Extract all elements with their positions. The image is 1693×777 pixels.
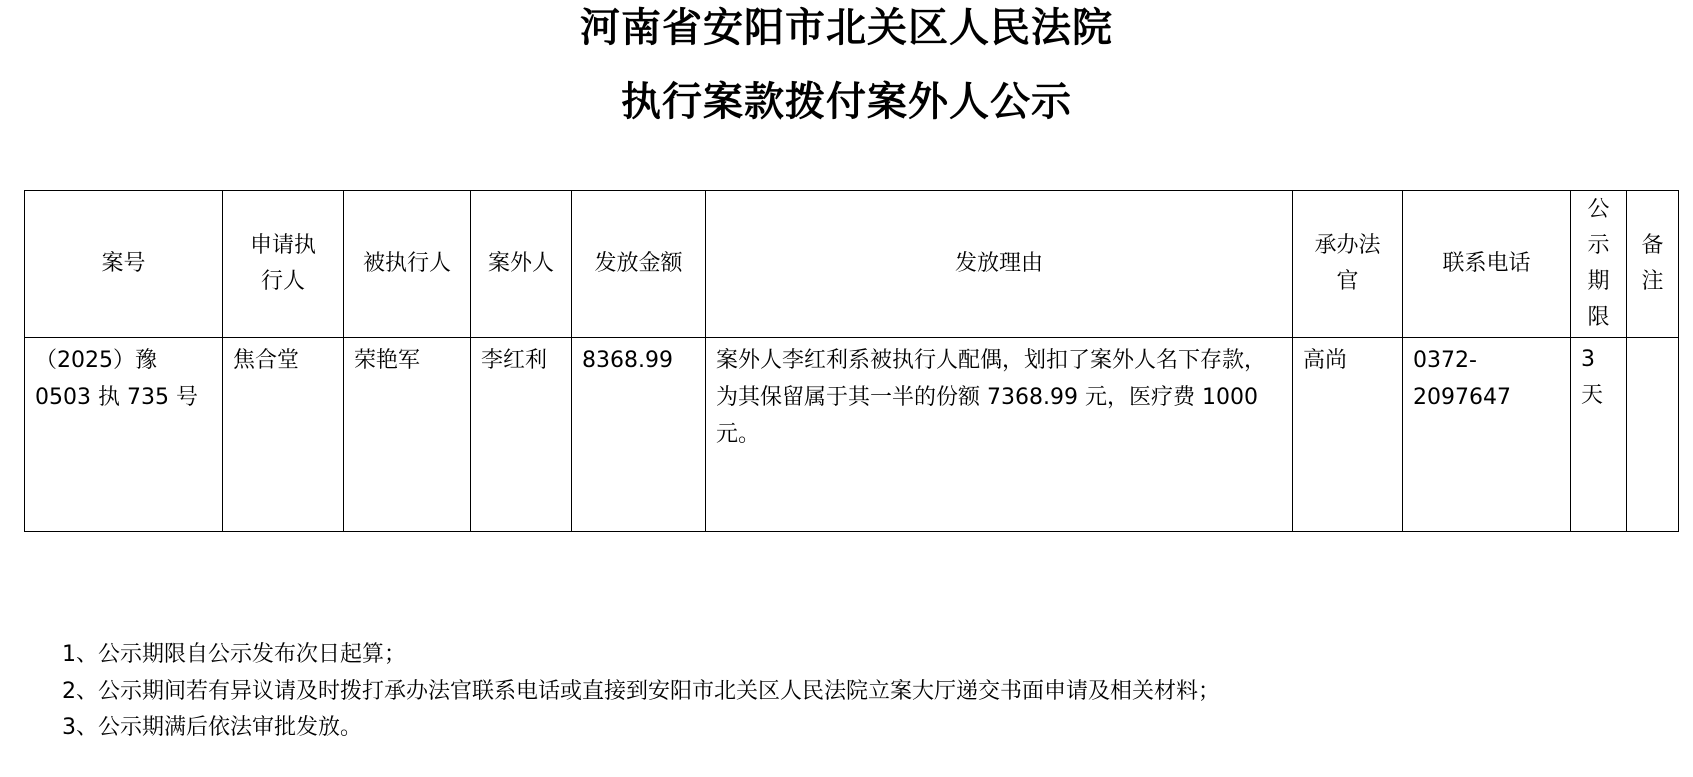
cell-period-value: 3 天 [1581,342,1603,414]
header-case-no: 案号 [25,191,223,338]
header-amount: 发放金额 [572,191,706,338]
cell-period: 3 天 [1571,338,1627,532]
header-phone: 联系电话 [1403,191,1571,338]
note-item: 1、公示期限自公示发布次日起算； [62,637,1220,674]
cell-reason: 案外人李红利系被执行人配偶，划扣了案外人名下存款，为其保留属于其一半的份额 73… [706,338,1293,532]
header-respondent: 被执行人 [344,191,471,338]
cell-amount: 8368.99 [572,338,706,532]
note-item: 3、公示期满后依法审批发放。 [62,710,1220,747]
table-row: （2025）豫 0503 执 735 号 焦合堂 荣艳军 李红利 8368.99… [25,338,1679,532]
header-remark: 备注 [1627,191,1679,338]
notice-title: 执行案款拨付案外人公示 [0,78,1693,126]
cell-third-party: 李红利 [471,338,572,532]
header-applicant: 申请执行人 [223,191,344,338]
header-judge-label: 承办法官 [1312,228,1382,300]
notes-list: 1、公示期限自公示发布次日起算； 2、公示期间若有异议请及时拨打承办法官联系电话… [62,637,1220,747]
table-header-row: 案号 申请执行人 被执行人 案外人 发放金额 发放理由 承办法官 联系电话 公示… [25,191,1679,338]
disbursement-table: 案号 申请执行人 被执行人 案外人 发放金额 发放理由 承办法官 联系电话 公示… [24,190,1679,532]
header-judge: 承办法官 [1293,191,1403,338]
cell-respondent: 荣艳军 [344,338,471,532]
header-period: 公示期限 [1571,191,1627,338]
cell-remark [1627,338,1679,532]
header-period-label: 公示期限 [1588,192,1610,336]
cell-case-no: （2025）豫 0503 执 735 号 [25,338,223,532]
header-applicant-label: 申请执行人 [248,228,318,300]
cell-judge: 高尚 [1293,338,1403,532]
cell-applicant: 焦合堂 [223,338,344,532]
header-third-party: 案外人 [471,191,572,338]
court-title: 河南省安阳市北关区人民法院 [0,4,1693,52]
header-reason: 发放理由 [706,191,1293,338]
cell-phone: 0372-2097647 [1403,338,1571,532]
header-remark-label: 备注 [1642,228,1664,300]
note-item: 2、公示期间若有异议请及时拨打承办法官联系电话或直接到安阳市北关区人民法院立案大… [62,674,1220,711]
